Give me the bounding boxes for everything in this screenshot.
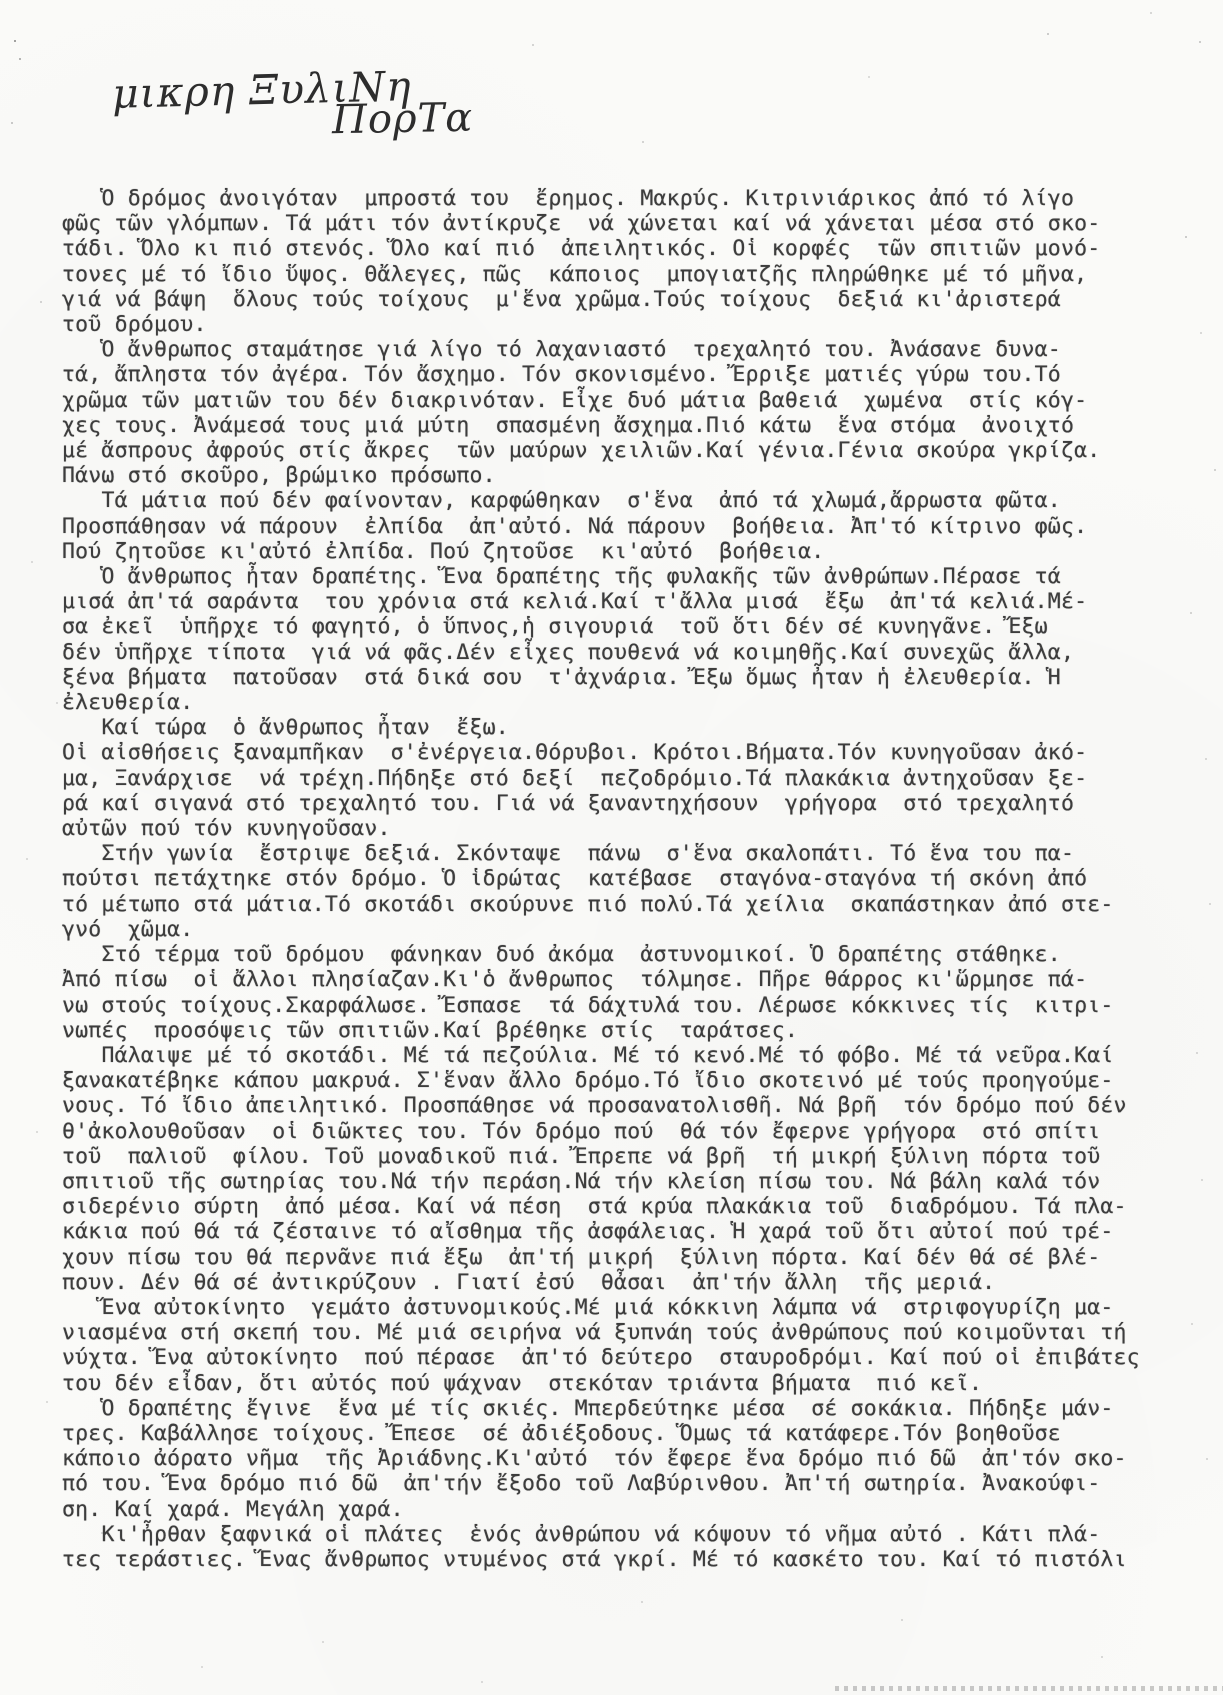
paragraph: Ὁ δρόμος ἀνοιγόταν μπροστά του ἔρημος. Μ… — [62, 186, 1184, 337]
paragraph: Ἕνα αὐτοκίνητο γεμάτο ἀστυνομικούς.Μέ μι… — [62, 1295, 1184, 1396]
paragraph: Ὁ ἄνθρωπος σταμάτησε γιά λίγο τό λαχανια… — [62, 337, 1184, 488]
scan-artifact-band — [835, 1686, 1223, 1691]
scanned-page: μικρη ΞυλιΝη ΠορΤα Ὁ δρόμος ἀνοιγόταν μπ… — [0, 0, 1223, 1695]
paragraph: Ὁ ἄνθρωπος ἦταν δραπέτης. Ἕνα δραπέτης τ… — [62, 564, 1184, 715]
paragraph: Ὁ δραπέτης ἔγινε ἕνα μέ τίς σκιές. Μπερδ… — [62, 1396, 1184, 1522]
paragraph: Τά μάτια πού δέν φαίνονταν, καρφώθηκαν σ… — [62, 488, 1184, 564]
paragraph: Στό τέρμα τοῦ δρόμου φάνηκαν δυό ἀκόμα ἀ… — [62, 942, 1184, 1043]
handwritten-title: μικρη ΞυλιΝη ΠορΤα — [112, 60, 532, 160]
paragraph: Κι'ἦρθαν ξαφνικά οἱ πλάτες ἑνός ἀνθρώπου… — [62, 1522, 1184, 1572]
paragraph: Καί τώρα ὁ ἄνθρωπος ἦταν ἔξω. Οἱ αἰσθήσε… — [62, 715, 1184, 841]
handwritten-title-line2: ΠορΤα — [332, 95, 474, 143]
paragraph: Στήν γωνία ἔστριψε δεξιά. Σκόνταψε πάνω … — [62, 841, 1184, 942]
paragraph: Πάλαιψε μέ τό σκοτάδι. Μέ τά πεζούλια. Μ… — [62, 1043, 1184, 1295]
document-text: Ὁ δρόμος ἀνοιγόταν μπροστά του ἔρημος. Μ… — [62, 186, 1184, 1572]
scan-noise-speckles — [0, 0, 2, 2]
